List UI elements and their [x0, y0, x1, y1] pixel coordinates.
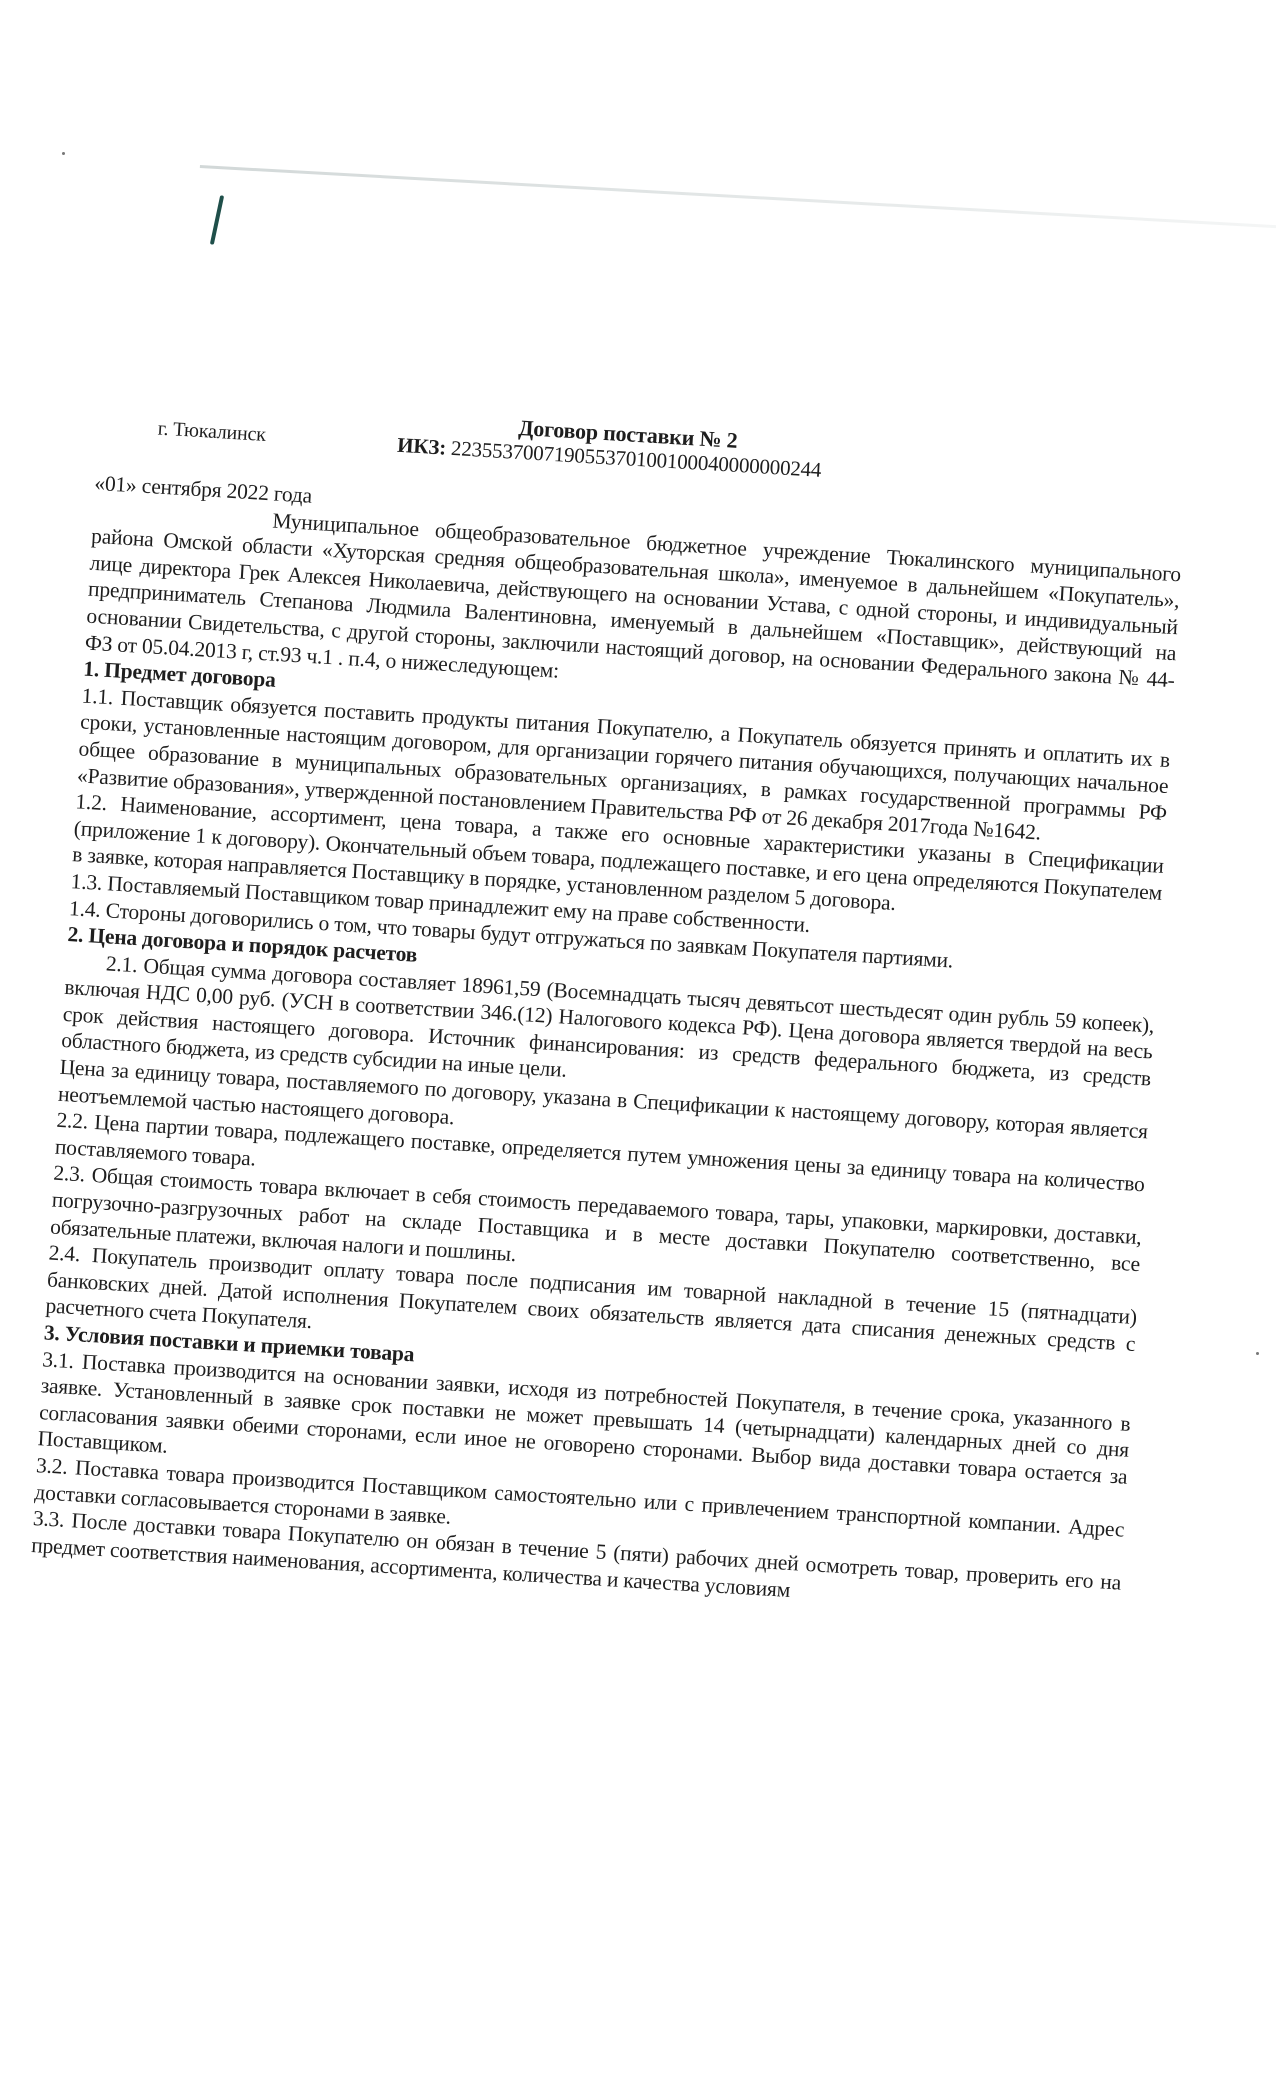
- ikz-label: ИКЗ:: [397, 433, 447, 460]
- scan-page-edge: [200, 165, 1276, 235]
- handwritten-page-mark: [210, 195, 224, 245]
- contract-sections: 1. Предмет договора1.1. Поставщик обязуе…: [31, 656, 1173, 1623]
- scan-speck: [62, 152, 65, 155]
- contract-page: г. Тюкалинск Договор поставки № 2 ИКЗ: 2…: [31, 390, 1188, 1623]
- city: г. Тюкалинск: [157, 416, 267, 449]
- scan-speck: [1256, 1352, 1259, 1355]
